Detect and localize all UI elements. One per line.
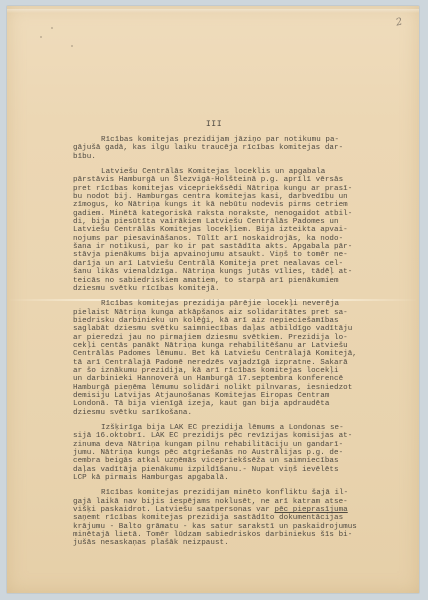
text-line: šanu likās vienaldzīga. Nātriņa kungs ju…: [73, 268, 393, 276]
text-line: dziesmu svētku rīcības komitejā.: [73, 285, 393, 293]
text-line: stāvja pienākums bija apvainojumu atsauk…: [73, 251, 393, 259]
underlined-phrase: pēc pieprasījuma: [274, 506, 347, 514]
paragraph-2: Latviešu Centrālās Komitejas loceklis un…: [73, 168, 393, 293]
paragraph-5: Rīcības komitejas prezidijam minēto konf…: [73, 489, 393, 547]
text-line: krājumu - Balto grāmatu - kas satur sara…: [73, 523, 393, 531]
text-line: cembra beigās atkal uzņēmās vicepriekšsē…: [73, 457, 393, 465]
text-line: demisiju Latvijas Atjaunošanas Komitejas…: [73, 392, 393, 400]
text-line: pārstāvis Hamburgā un Šlezvigā-Holšteinā…: [73, 176, 393, 184]
text-line: darīja un arī Latviešu Centrālā Komiteja…: [73, 260, 393, 268]
paper-speck: [71, 45, 73, 47]
text-line: gājušā gadā, kas ilgu laiku traucēja rīc…: [73, 144, 393, 152]
text-line: di, bija piesūtīta vairākiem Latviešu Ce…: [73, 218, 393, 226]
text-line: tā arī Centrālajā Padomē neredzēs vajadz…: [73, 359, 393, 367]
text-line: cekļi centās panākt Nātriņa kunga rehabi…: [73, 342, 393, 350]
text-line: gadiem. Minētā kategoriskā raksta noraks…: [73, 210, 393, 218]
text-line: saglabāt dziesmu svētku saimniecības daļ…: [73, 325, 393, 333]
text-line: pielaist Nātriņa kunga atkāpšanos aiz so…: [73, 309, 393, 317]
text-line: zīmogus, ko Nātriņa kungs it kā nebūtu n…: [73, 201, 393, 209]
text-line: un darbinieki Hannoverā un Hamburgā 17.s…: [73, 375, 393, 383]
paragraph-1: Rīcības komitejas prezidijam jāziņo par …: [73, 136, 393, 161]
text-line: Rīcības komitejas prezidijam jāziņo par …: [73, 136, 393, 144]
text-line: jušās nesaskaņas plašāk neizpaust.: [73, 539, 393, 547]
paragraph-3: Rīcības komitejas prezidija pārējie loce…: [73, 300, 393, 417]
text-line: biedrisku darbinieku un kolēģi, kā arī a…: [73, 317, 393, 325]
document-body: Rīcības komitejas prezidijam jāziņo par …: [73, 136, 393, 555]
text-line: Rīcības komitejas prezidijam minēto konf…: [73, 489, 393, 497]
text-line: Latviešu Centrālās Komitejas locekļiem. …: [73, 226, 393, 234]
text-line: bību.: [73, 153, 393, 161]
text-line: Centrālās Padomes lēmumu. Bet kā Latvieš…: [73, 350, 393, 358]
text-line: ar pieredzi jau no pirmajiem dziesmu svē…: [73, 334, 393, 342]
text-line-with-underline: višķi paskaidrot. Latviešu saatpersonas …: [73, 506, 393, 514]
text-line: sijā 16.oktobrī. LAK EC prezidijs pēc re…: [73, 432, 393, 440]
scan-background: 2 III Rīcības komitejas prezidijam jāziņ…: [0, 0, 428, 600]
text-line: dziesmu svētku sarīkošana.: [73, 409, 393, 417]
text-line: šana ir notikusi, par ko ir pat sastādīt…: [73, 243, 393, 251]
text-line: ar šo iznākumu prezidija, kā arī rīcības…: [73, 367, 393, 375]
paragraph-4: Izšķirīga bija LAK EC prezidija lēmums a…: [73, 424, 393, 482]
text-line: nojums par piesavināšanos. Tūlīt arī nos…: [73, 235, 393, 243]
text-line: jumu. Nātriņa kungs pēc atgriešanās no A…: [73, 449, 393, 457]
text-line: daļas vadītāja pienākumu izpildīšanu.- N…: [73, 466, 393, 474]
text-line: Izšķirīga bija LAK EC prezidija lēmums a…: [73, 424, 393, 432]
text-line: Londonā. Tā bija vienīgā izeja, kaut gan…: [73, 400, 393, 408]
text-line: bu nodot bij. Hamburgas centra komitejas…: [73, 193, 393, 201]
text-line: pret rīcības komitejas vicepriekšsēdi Nā…: [73, 185, 393, 193]
text-line: gajā laikā nav bijis iespējams noklusēt,…: [73, 498, 393, 506]
section-heading: III: [0, 120, 428, 129]
text-line: saņemt rīcības komitejas prezidija sastā…: [73, 514, 393, 522]
text-line: Hamburgā pieņēma lēmumu solidāri nolikt …: [73, 384, 393, 392]
text-line: teicās no sabiedriskiem amatiem, to star…: [73, 277, 393, 285]
paper-speck: [40, 36, 42, 38]
text-line: Rīcības komitejas prezidija pārējie loce…: [73, 300, 393, 308]
text-line: zinuma deva Nātriņa kungam pilnu rehabil…: [73, 441, 393, 449]
text-line: minētajā lietā. Tomēr lūdzam sabiedrisko…: [73, 531, 393, 539]
paper-speck: [51, 27, 53, 29]
text-line: LCP kā pirmais Hamburgas apgabalā.: [73, 474, 393, 482]
